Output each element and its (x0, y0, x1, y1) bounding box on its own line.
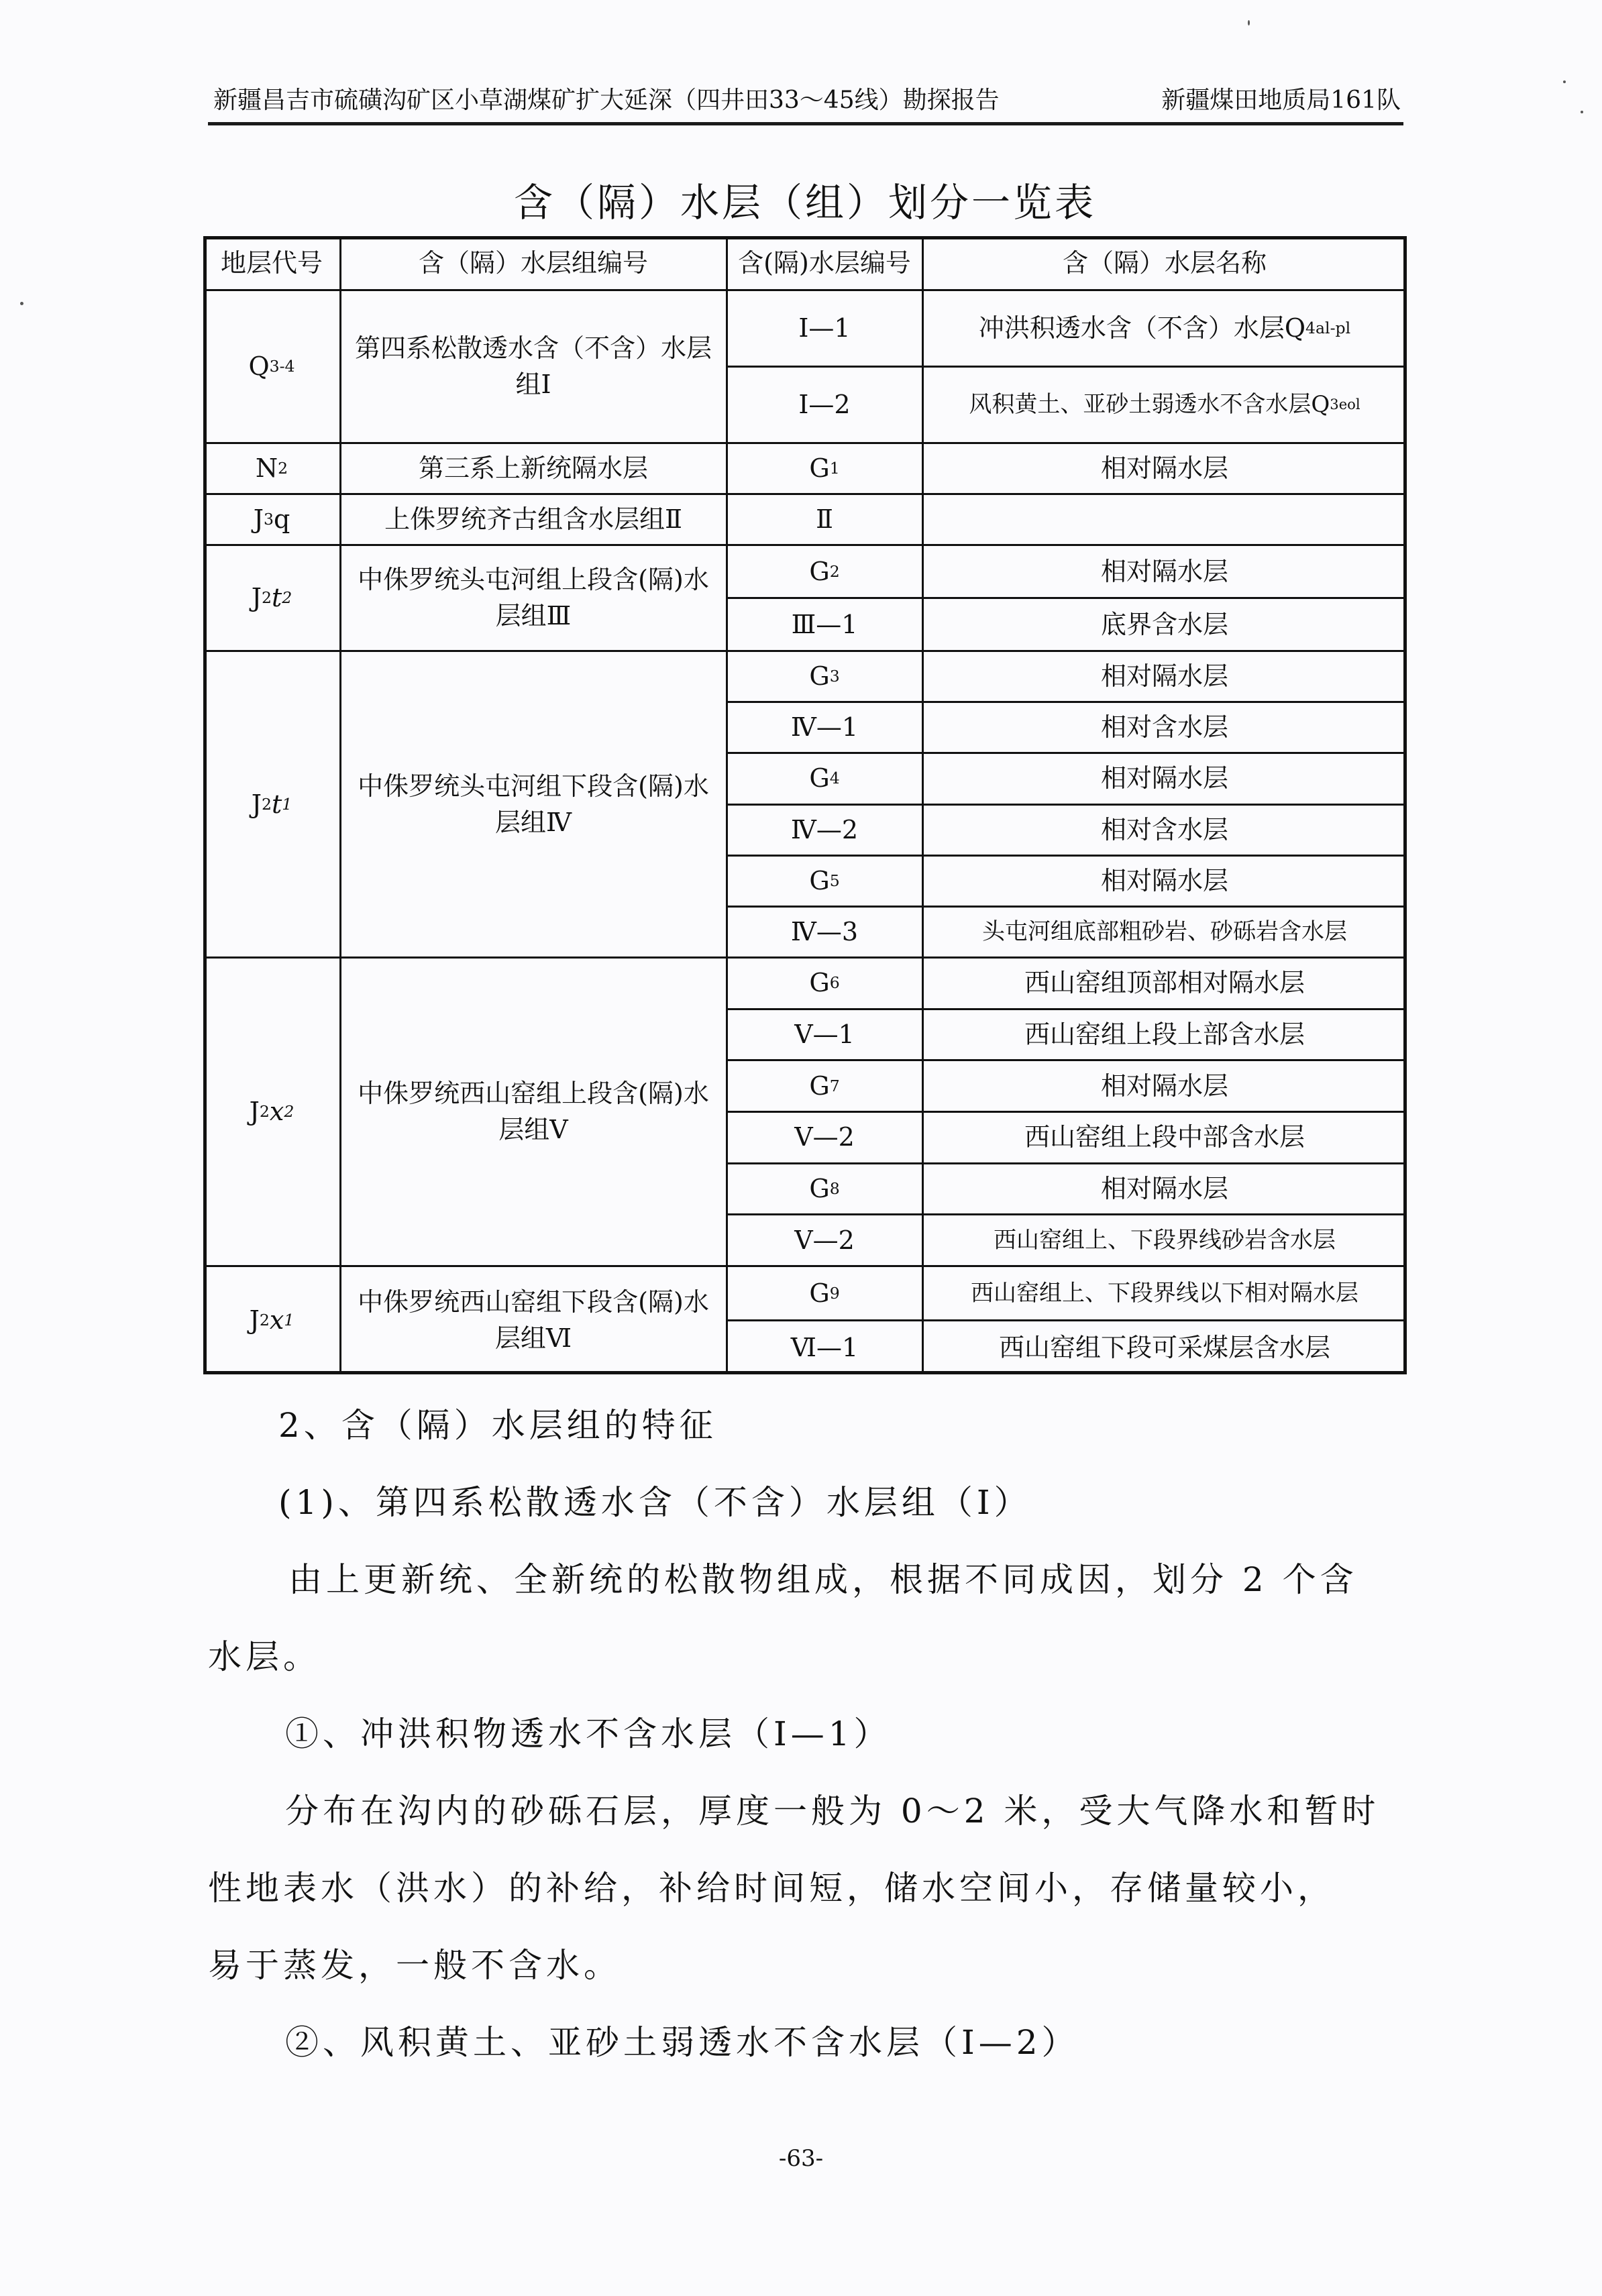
scan-speck (1581, 111, 1583, 113)
header-rule (208, 122, 1403, 125)
stratum-code: J2t1 (203, 651, 340, 957)
aquifer-layer-name: 底界含水层 (922, 598, 1407, 651)
aquifer-layer-code: Ⅴ—2 (727, 1214, 922, 1266)
table-horizontal-rule (727, 1059, 1407, 1061)
aquifer-group-name: 第三系上新统隔水层 (340, 443, 727, 494)
aquifer-layer-name: 西山窑组顶部相对隔水层 (922, 957, 1407, 1009)
aquifer-layer-code: G3 (727, 651, 922, 702)
table-horizontal-rule (727, 597, 1407, 599)
aquifer-layer-name: 头屯河组底部粗砂岩、砂砾岩含水层 (922, 906, 1407, 957)
aquifer-layer-code: Ⅳ—3 (727, 906, 922, 957)
aquifer-layer-code: Ⅱ (727, 494, 922, 545)
aquifer-layer-name: 风积黄土、亚砂土弱透水不含水层 Q3eol (922, 366, 1407, 443)
stratum-code: Q3-4 (203, 290, 340, 443)
stratum-code: J2x1 (203, 1266, 340, 1374)
header-stratum-code: 地层代号 (203, 236, 340, 290)
item-heading-2: ②、风积黄土、亚砂土弱透水不含水层（Ⅰ—2） (285, 2019, 1079, 2066)
aquifer-layer-name: 相对含水层 (922, 702, 1407, 753)
aquifer-layer-name: 西山窑组上段中部含水层 (922, 1111, 1407, 1163)
aquifer-layer-name: 相对隔水层 (922, 1060, 1407, 1111)
aquifer-layer-name: 相对隔水层 (922, 443, 1407, 494)
aquifer-layer-code: Ⅴ—1 (727, 1009, 922, 1060)
aquifer-group-name: 中侏罗统西山窑组下段含(隔)水层组Ⅵ (340, 1266, 727, 1374)
paragraph-2-line-3: 易于蒸发，一般不含水。 (208, 1942, 621, 1989)
aquifer-layer-code: Ⅴ—2 (727, 1111, 922, 1163)
stratum-code: J2x2 (203, 957, 340, 1266)
organization-name: 新疆煤田地质局161队 (1161, 82, 1401, 119)
aquifer-division-table: 地层代号含（隔）水层组编号含(隔)水层编号含（隔）水层名称Q3-4第四系松散透水… (203, 236, 1407, 1374)
aquifer-layer-name: 相对隔水层 (922, 753, 1407, 804)
table-horizontal-rule (727, 1162, 1407, 1164)
scan-speck (1248, 20, 1250, 25)
aquifer-layer-name: 西山窑组上、下段界线以下相对隔水层 (922, 1266, 1407, 1320)
aquifer-layer-code: G9 (727, 1266, 922, 1320)
section-heading-2: 2、含（隔）水层组的特征 (278, 1402, 717, 1449)
aquifer-layer-name: 西山窑组上段上部含水层 (922, 1009, 1407, 1060)
aquifer-layer-name (922, 494, 1407, 545)
paragraph-2-line-2: 性地表水（洪水）的补给，补给时间短，储水空间小，存储量较小， (208, 1865, 1335, 1912)
aquifer-layer-name: 相对隔水层 (922, 545, 1407, 598)
header-group-number: 含（隔）水层组编号 (340, 236, 727, 290)
table-horizontal-rule (727, 752, 1407, 754)
aquifer-layer-name: 相对隔水层 (922, 1163, 1407, 1215)
aquifer-layer-code: G2 (727, 545, 922, 598)
table-horizontal-rule (727, 1111, 1407, 1113)
scan-speck (20, 302, 23, 305)
aquifer-group-name: 中侏罗统西山窑组上段含(隔)水层组Ⅴ (340, 957, 727, 1266)
aquifer-layer-code: Ⅳ—1 (727, 702, 922, 753)
table-horizontal-rule (727, 804, 1407, 806)
aquifer-layer-code: G5 (727, 855, 922, 906)
aquifer-layer-name: 西山窑组下段可采煤层含水层 (922, 1320, 1407, 1374)
aquifer-layer-code: G7 (727, 1060, 922, 1111)
aquifer-group-name: 第四系松散透水含（不含）水层组Ⅰ (340, 290, 727, 443)
table-horizontal-rule (727, 366, 1407, 368)
aquifer-layer-code: G4 (727, 753, 922, 804)
aquifer-layer-name: 西山窑组上、下段界线砂岩含水层 (922, 1214, 1407, 1266)
item-heading-1: ①、冲洪积物透水不含水层（Ⅰ—1） (285, 1710, 892, 1757)
aquifer-layer-name: 相对隔水层 (922, 651, 1407, 702)
aquifer-layer-code: Ⅵ—1 (727, 1320, 922, 1374)
paragraph-1-line-2: 水层。 (208, 1633, 321, 1680)
stratum-code: N2 (203, 443, 340, 494)
aquifer-layer-code: Ⅲ—1 (727, 598, 922, 651)
aquifer-layer-code: Ⅰ—2 (727, 366, 922, 443)
table-horizontal-rule (727, 906, 1407, 908)
paragraph-1-line-1: 由上更新统、全新统的松散物组成，根据不同成因，划分 2 个含 (288, 1556, 1358, 1603)
stratum-code: J3q (203, 494, 340, 545)
aquifer-group-name: 中侏罗统头屯河组上段含(隔)水层组Ⅲ (340, 545, 727, 651)
header-layer-name: 含（隔）水层名称 (922, 236, 1407, 290)
table-title: 含（隔）水层（组）划分一览表 (203, 176, 1407, 229)
aquifer-layer-code: G6 (727, 957, 922, 1009)
aquifer-layer-code: G1 (727, 443, 922, 494)
table-horizontal-rule (727, 701, 1407, 703)
aquifer-layer-name: 相对隔水层 (922, 855, 1407, 906)
scan-speck (1563, 80, 1566, 83)
aquifer-layer-code: G8 (727, 1163, 922, 1215)
subsection-heading-1: (1)、第四系松散透水含（不含）水层组（Ⅰ） (278, 1479, 1032, 1526)
aquifer-layer-code: Ⅳ—2 (727, 804, 922, 855)
aquifer-group-name: 中侏罗统头屯河组下段含(隔)水层组Ⅳ (340, 651, 727, 957)
report-title: 新疆昌吉市硫磺沟矿区小草湖煤矿扩大延深（四井田33～45线）勘探报告 (213, 82, 1000, 119)
table-horizontal-rule (727, 1213, 1407, 1215)
page-number: -63- (0, 2145, 1602, 2172)
aquifer-layer-name: 冲洪积透水含（不含）水层 Q4al-pl (922, 290, 1407, 366)
table-horizontal-rule (727, 1008, 1407, 1010)
aquifer-group-name: 上侏罗统齐古组含水层组Ⅱ (340, 494, 727, 545)
running-header: 新疆昌吉市硫磺沟矿区小草湖煤矿扩大延深（四井田33～45线）勘探报告 新疆煤田地… (213, 82, 1401, 119)
table-horizontal-rule (727, 855, 1407, 857)
table-horizontal-rule (727, 1319, 1407, 1321)
aquifer-layer-name: 相对含水层 (922, 804, 1407, 855)
stratum-code: J2t2 (203, 545, 340, 651)
paragraph-2-line-1: 分布在沟内的砂砾石层，厚度一般为 0～2 米，受大气降水和暂时 (285, 1788, 1379, 1835)
header-layer-number: 含(隔)水层编号 (727, 236, 922, 290)
aquifer-layer-code: Ⅰ—1 (727, 290, 922, 366)
